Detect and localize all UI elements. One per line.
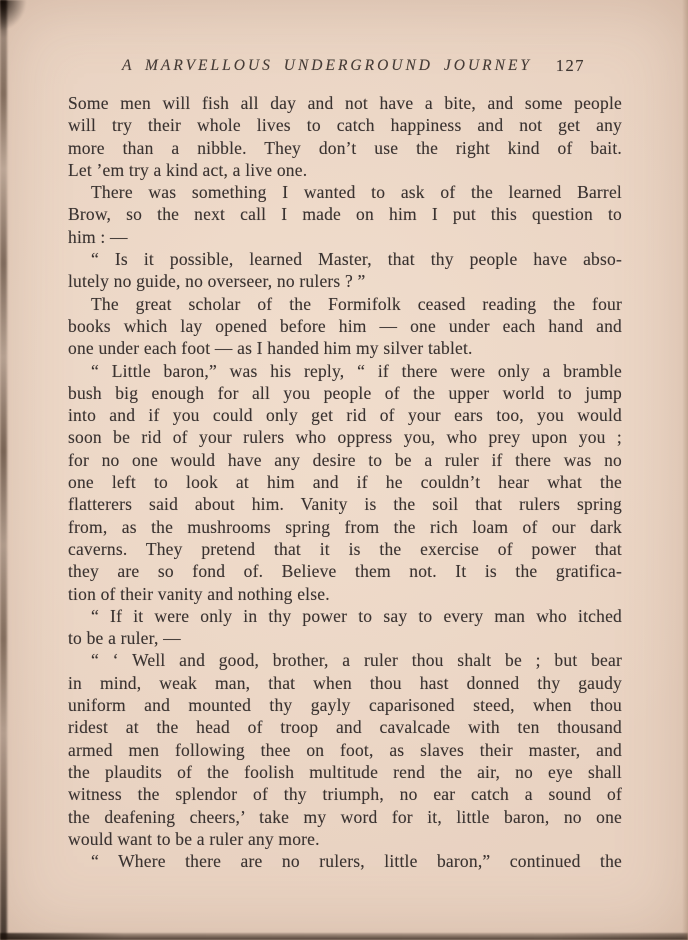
text-line: would want to be a ruler any more. <box>68 828 622 850</box>
text-line: to be a ruler, — <box>68 627 622 649</box>
text-line: The great scholar of the Formifolk cease… <box>68 293 622 315</box>
scan-edge-left <box>0 0 7 940</box>
body-text: Some men will fish all day and not have … <box>68 92 622 872</box>
text-line: Let ’em try a kind act, a live one. <box>68 159 622 181</box>
running-title: A MARVELLOUS UNDERGROUND JOURNEY <box>122 57 532 74</box>
text-line: tion of their vanity and nothing else. <box>68 583 622 605</box>
book-page: A MARVELLOUS UNDERGROUND JOURNEY 127 Som… <box>0 0 688 940</box>
text-line: they are so fond of. Believe them not. I… <box>68 560 622 582</box>
text-line: There was something I wanted to ask of t… <box>68 181 622 203</box>
text-line: the plaudits of the foolish multitude re… <box>68 761 622 783</box>
text-line: one under each foot — as I handed him my… <box>68 337 622 359</box>
text-line: books which lay opened before him — one … <box>68 315 622 337</box>
text-line: flatterers said about him. Vanity is the… <box>68 493 622 515</box>
text-line: soon be rid of your rulers who oppress y… <box>68 426 622 448</box>
text-line: “ Where there are no rulers, little baro… <box>68 850 622 872</box>
text-line: will try their whole lives to catch happ… <box>68 114 622 136</box>
text-line: more than a nibble. They don’t use the r… <box>68 137 622 159</box>
text-line: him : — <box>68 226 622 248</box>
text-line: into and if you could only get rid of yo… <box>68 404 622 426</box>
text-line: armed men following thee on foot, as sla… <box>68 739 622 761</box>
text-line: uniform and mounted thy gayly caparisone… <box>68 694 622 716</box>
text-line: lutely no guide, no overseer, no rulers … <box>68 270 622 292</box>
scan-edge-bottom <box>0 933 688 940</box>
text-line: in mind, weak man, that when thou hast d… <box>68 672 622 694</box>
text-line: “ Is it possible, learned Master, that t… <box>68 248 622 270</box>
page-number: 127 <box>556 56 585 76</box>
text-line: caverns. They pretend that it is the exe… <box>68 538 622 560</box>
text-line: “ ‘ Well and good, brother, a ruler thou… <box>68 649 622 671</box>
scan-corner-top-left <box>0 0 26 30</box>
text-line: bush big enough for all you people of th… <box>68 382 622 404</box>
text-line: Brow, so the next call I made on him I p… <box>68 203 622 225</box>
text-line: one left to look at him and if he couldn… <box>68 471 622 493</box>
text-line: the deafening cheers,’ take my word for … <box>68 806 622 828</box>
text-line: witness the splendor of thy triumph, no … <box>68 783 622 805</box>
text-line: ridest at the head of troop and cavalcad… <box>68 716 622 738</box>
text-line: from, as the mushrooms spring from the r… <box>68 516 622 538</box>
text-line: “ Little baron,” was his reply, “ if the… <box>68 360 622 382</box>
text-line: for no one would have any desire to be a… <box>68 449 622 471</box>
scan-edge-right <box>682 0 688 940</box>
text-line: “ If it were only in thy power to say to… <box>68 605 622 627</box>
text-line: Some men will fish all day and not have … <box>68 92 622 114</box>
page-header: A MARVELLOUS UNDERGROUND JOURNEY 127 <box>68 57 622 75</box>
